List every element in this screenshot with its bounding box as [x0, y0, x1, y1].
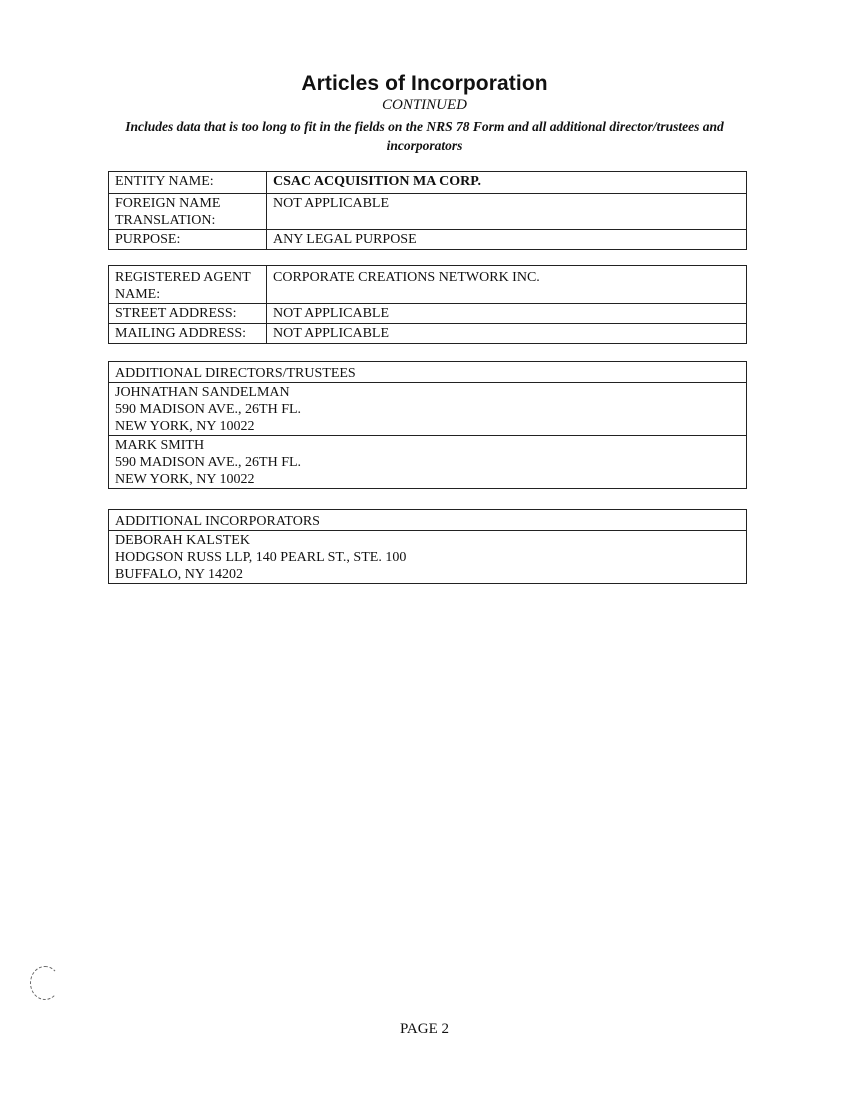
- table-row: REGISTERED AGENT NAME: CORPORATE CREATIO…: [109, 266, 747, 304]
- director-name: JOHNATHAN SANDELMAN: [115, 384, 740, 401]
- director-address-line1: 590 MADISON AVE., 26TH FL.: [115, 454, 740, 471]
- foreign-name-label: FOREIGN NAME TRANSLATION:: [109, 194, 267, 230]
- purpose-label: PURPOSE:: [109, 230, 267, 250]
- table-row: FOREIGN NAME TRANSLATION: NOT APPLICABLE: [109, 194, 747, 230]
- page-number: PAGE 2: [0, 1021, 849, 1038]
- director-address-line2: NEW YORK, NY 10022: [115, 418, 740, 435]
- registered-agent-value: CORPORATE CREATIONS NETWORK INC.: [267, 266, 747, 304]
- registered-agent-label: REGISTERED AGENT NAME:: [109, 266, 267, 304]
- document-subtitle: Includes data that is too long to fit in…: [120, 117, 729, 155]
- table-header-row: ADDITIONAL DIRECTORS/TRUSTEES: [109, 362, 747, 383]
- entity-name-value: CSAC ACQUISITION MA CORP.: [267, 172, 747, 194]
- punch-hole-mark: [30, 966, 60, 1000]
- incorporator-address-line2: BUFFALO, NY 14202: [115, 566, 740, 583]
- table-row: DEBORAH KALSTEK HODGSON RUSS LLP, 140 PE…: [109, 531, 747, 584]
- document-title: Articles of Incorporation: [0, 72, 849, 96]
- purpose-value: ANY LEGAL PURPOSE: [267, 230, 747, 250]
- table-row: STREET ADDRESS: NOT APPLICABLE: [109, 304, 747, 324]
- mailing-address-value: NOT APPLICABLE: [267, 324, 747, 344]
- director-entry: JOHNATHAN SANDELMAN 590 MADISON AVE., 26…: [109, 383, 747, 436]
- entity-name-label: ENTITY NAME:: [109, 172, 267, 194]
- director-address-line2: NEW YORK, NY 10022: [115, 471, 740, 488]
- table-row: MAILING ADDRESS: NOT APPLICABLE: [109, 324, 747, 344]
- incorporator-address-line1: HODGSON RUSS LLP, 140 PEARL ST., STE. 10…: [115, 549, 740, 566]
- director-name: MARK SMITH: [115, 437, 740, 454]
- entity-table: ENTITY NAME: CSAC ACQUISITION MA CORP. F…: [108, 171, 747, 250]
- table-header-row: ADDITIONAL INCORPORATORS: [109, 510, 747, 531]
- incorporator-entry: DEBORAH KALSTEK HODGSON RUSS LLP, 140 PE…: [109, 531, 747, 584]
- mailing-address-label: MAILING ADDRESS:: [109, 324, 267, 344]
- directors-heading: ADDITIONAL DIRECTORS/TRUSTEES: [109, 362, 747, 383]
- continued-label: CONTINUED: [0, 97, 849, 114]
- table-row: JOHNATHAN SANDELMAN 590 MADISON AVE., 26…: [109, 383, 747, 436]
- incorporators-heading: ADDITIONAL INCORPORATORS: [109, 510, 747, 531]
- director-entry: MARK SMITH 590 MADISON AVE., 26TH FL. NE…: [109, 436, 747, 489]
- directors-table: ADDITIONAL DIRECTORS/TRUSTEES JOHNATHAN …: [108, 361, 747, 489]
- street-address-value: NOT APPLICABLE: [267, 304, 747, 324]
- table-row: ENTITY NAME: CSAC ACQUISITION MA CORP.: [109, 172, 747, 194]
- incorporators-table: ADDITIONAL INCORPORATORS DEBORAH KALSTEK…: [108, 509, 747, 584]
- street-address-label: STREET ADDRESS:: [109, 304, 267, 324]
- director-address-line1: 590 MADISON AVE., 26TH FL.: [115, 401, 740, 418]
- table-row: MARK SMITH 590 MADISON AVE., 26TH FL. NE…: [109, 436, 747, 489]
- agent-table: REGISTERED AGENT NAME: CORPORATE CREATIO…: [108, 265, 747, 344]
- foreign-name-value: NOT APPLICABLE: [267, 194, 747, 230]
- table-row: PURPOSE: ANY LEGAL PURPOSE: [109, 230, 747, 250]
- incorporator-name: DEBORAH KALSTEK: [115, 532, 740, 549]
